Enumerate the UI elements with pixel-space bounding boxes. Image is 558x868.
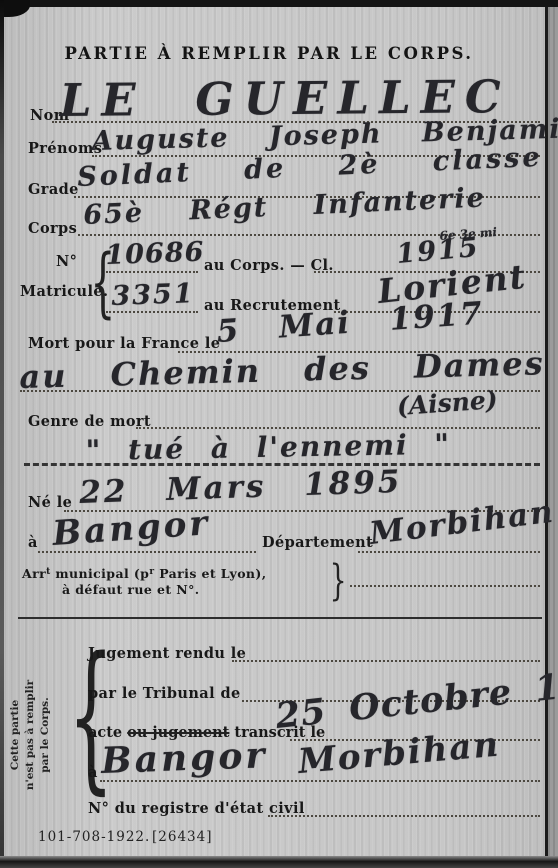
arrondissement-label-line2: à défaut rue et N°. [62, 582, 200, 597]
registre-line [268, 815, 540, 817]
grade-label: Grade [28, 181, 79, 198]
scan-left-edge [0, 0, 4, 868]
tribunal-label: par le Tribunal de [88, 685, 241, 702]
departement-line [358, 551, 540, 553]
section-divider [18, 617, 542, 619]
corps-label: Corps [28, 220, 77, 237]
ne-le-label: Né le [28, 494, 72, 511]
matricule-corps-line [106, 271, 198, 273]
scan-bottom-edge [0, 856, 558, 868]
genre-mort-value-handwriting: " tué à l'ennemi " [85, 428, 451, 467]
imprint-ref: [26434] [152, 829, 212, 845]
death-record-card-scan: PARTIE À REMPLIR PAR LE CORPS. Nom LE GU… [0, 0, 558, 868]
side-note: Cette partie n'est pas à remplir par le … [8, 645, 58, 825]
transcription-lieu-handwriting: Bangor [101, 734, 268, 782]
departement-label: Département [262, 534, 373, 551]
transcription-lieu-line [100, 780, 540, 782]
section-header: PARTIE À REMPLIR PAR LE CORPS. [0, 44, 538, 63]
scan-top-edge [0, 0, 558, 7]
genre-mort-label: Genre de mort [28, 413, 151, 430]
matricule-recrutement-number-handwriting: 3351 [111, 278, 195, 312]
lieu-naissance-label: à [28, 534, 38, 551]
jugement-label: Jugement rendu le [88, 645, 246, 662]
side-note-line3: par le Corps. [38, 645, 53, 825]
imprint-code: 101-708-1922. [38, 829, 150, 845]
side-note-line1: Cette partie [8, 645, 23, 825]
matricule-corps-number-handwriting: 10686 [105, 237, 205, 271]
arrondissement-brace: } [330, 559, 347, 601]
matricule-no-label: N° [56, 253, 77, 270]
side-note-line2: n'est pas à remplir [23, 645, 38, 825]
side-note-text: Cette partie n'est pas à remplir par le … [8, 645, 58, 825]
transcription-lieu-label: à [88, 764, 98, 781]
arrondissement-label-line1: Arrt municipal (pr Paris et Lyon), [22, 566, 266, 581]
jugement-line [232, 660, 540, 662]
arrondissement-line [350, 585, 540, 587]
genre-mort-underline [24, 463, 540, 466]
mort-label: Mort pour la France le [28, 335, 220, 352]
